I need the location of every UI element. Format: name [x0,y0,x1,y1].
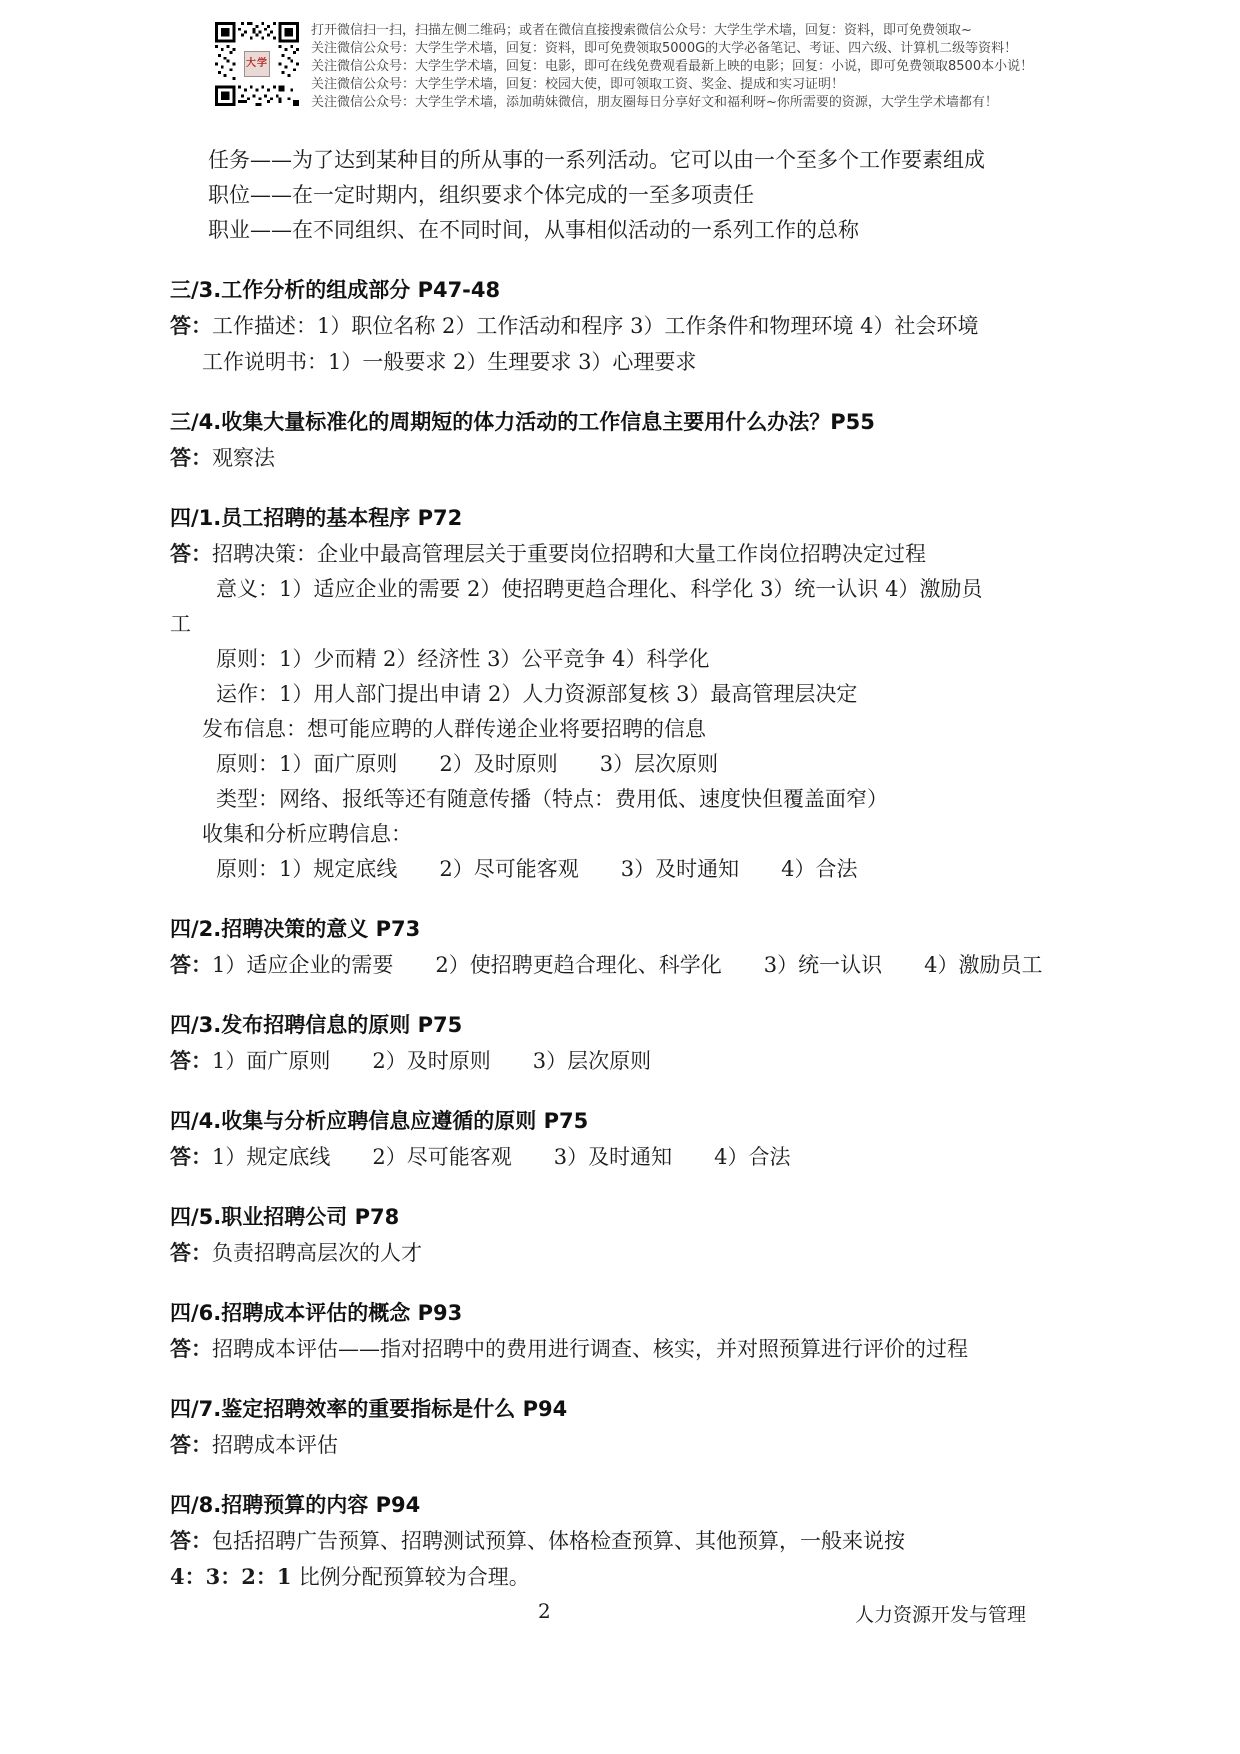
answer-line: 答：负责招聘高层次的人才 [170,1235,1082,1271]
answer-text: 招聘成本评估 [212,1433,338,1457]
answer-line: 答：招聘成本评估 [170,1427,1082,1463]
page-number: 2 [538,1598,551,1624]
answer-text: 原则：1）规定底线 2）尽可能客观 3）及时通知 4）合法 [216,857,857,881]
answer-text: 包括招聘广告预算、招聘测试预算、体格检查预算、其他预算，一般来说按 [212,1529,905,1553]
section-heading: 四/5.职业招聘公司 P78 [170,1200,1082,1235]
answer-line: 意义：1）适应企业的需要 2）使招聘更趋合理化、科学化 3）统一认识 4）激励员 [170,572,1082,607]
answer-label: 答： [170,1240,212,1265]
answer-label: 答： [170,1528,212,1553]
qr-center-logo: 大学 [244,51,270,77]
section-heading: 四/6.招聘成本评估的概念 P93 [170,1296,1082,1331]
promo-text-block: 打开微信扫一扫，扫描左侧二维码；或者在微信直接搜索微信公众号：大学生学术墙，回复… [311,22,1033,112]
answer-line: 收集和分析应聘信息： [170,817,1082,852]
answer-label: 答： [170,1432,212,1457]
qa-section: 四/5.职业招聘公司 P78 答：负责招聘高层次的人才 [170,1200,1082,1271]
qa-section: 四/1.员工招聘的基本程序 P72 答：招聘决策：企业中最高管理层关于重要岗位招… [170,501,1082,887]
answer-text: 比例分配预算较为合理。 [299,1565,530,1589]
answer-label: 答： [170,445,212,470]
section-heading: 四/7.鉴定招聘效率的重要指标是什么 P94 [170,1392,1082,1427]
document-page: 大学 打开微信扫一扫，扫描左侧二维码；或者在微信直接搜索微信公众号：大学生学术墙… [0,0,1240,1754]
answer-label: 答： [170,313,212,338]
definition-line: 任务——为了达到某种目的所从事的一系列活动。它可以由一个至多个工作要素组成 [170,143,1082,178]
qa-section: 四/6.招聘成本评估的概念 P93 答：招聘成本评估——指对招聘中的费用进行调查… [170,1296,1082,1367]
promo-line: 打开微信扫一扫，扫描左侧二维码；或者在微信直接搜索微信公众号：大学生学术墙，回复… [311,22,1033,40]
answer-line: 答：工作描述：1）职位名称 2）工作活动和程序 3）工作条件和物理环境 4）社会… [170,308,1082,344]
definitions-paragraph: 任务——为了达到某种目的所从事的一系列活动。它可以由一个至多个工作要素组成 职位… [170,143,1082,248]
answer-line: 答：观察法 [170,440,1082,476]
qr-code: 大学 [215,22,299,106]
qa-section: 三/3.工作分析的组成部分 P47-48 答：工作描述：1）职位名称 2）工作活… [170,273,1082,380]
answer-text: 原则：1）少而精 2）经济性 3）公平竞争 4）科学化 [216,647,709,671]
answer-text: 招聘决策：企业中最高管理层关于重要岗位招聘和大量工作岗位招聘决定过程 [212,542,926,566]
section-heading: 三/4.收集大量标准化的周期短的体力活动的工作信息主要用什么办法？P55 [170,405,1082,440]
answer-text: 1）规定底线 2）尽可能客观 3）及时通知 4）合法 [212,1145,790,1169]
qa-section: 四/3.发布招聘信息的原则 P75 答：1）面广原则 2）及时原则 3）层次原则 [170,1008,1082,1079]
section-heading: 四/8.招聘预算的内容 P94 [170,1488,1082,1523]
definition-line: 职位——在一定时期内，组织要求个体完成的一至多项责任 [170,178,1082,213]
qa-section: 四/7.鉴定招聘效率的重要指标是什么 P94 答：招聘成本评估 [170,1392,1082,1463]
ratio-label: 4：3：2：1 [170,1564,299,1589]
promo-line: 关注微信公众号：大学生学术墙，回复：校园大使，即可领取工资、奖金、提成和实习证明… [311,76,1033,94]
document-body: 任务——为了达到某种目的所从事的一系列活动。它可以由一个至多个工作要素组成 职位… [170,143,1082,1595]
answer-line: 答：1）面广原则 2）及时原则 3）层次原则 [170,1043,1082,1079]
answer-line: 答：包括招聘广告预算、招聘测试预算、体格检查预算、其他预算，一般来说按 [170,1523,1082,1559]
footer-doc-title: 人力资源开发与管理 [855,1602,1026,1628]
answer-text: 1）适应企业的需要 2）使招聘更趋合理化、科学化 3）统一认识 4）激励员工 [212,953,1042,977]
answer-text: 1）面广原则 2）及时原则 3）层次原则 [212,1049,651,1073]
qa-section: 四/2.招聘决策的意义 P73 答：1）适应企业的需要 2）使招聘更趋合理化、科… [170,912,1082,983]
answer-line: 发布信息：想可能应聘的人群传递企业将要招聘的信息 [170,712,1082,747]
answer-text: 观察法 [212,446,275,470]
answer-text: 负责招聘高层次的人才 [212,1241,422,1265]
qa-section: 三/4.收集大量标准化的周期短的体力活动的工作信息主要用什么办法？P55 答：观… [170,405,1082,476]
answer-label: 答： [170,1048,212,1073]
answer-label: 答： [170,1336,212,1361]
answer-line: 答：招聘成本评估——指对招聘中的费用进行调查、核实，并对照预算进行评价的过程 [170,1331,1082,1367]
answer-line: 答：1）适应企业的需要 2）使招聘更趋合理化、科学化 3）统一认识 4）激励员工 [170,947,1082,983]
definition-line: 职业——在不同组织、在不同时间，从事相似活动的一系列工作的总称 [170,213,1082,248]
answer-label: 答： [170,541,212,566]
answer-line: 工 [170,607,1082,642]
promo-line: 关注微信公众号：大学生学术墙，回复：电影，即可在线免费观看最新上映的电影；回复：… [311,58,1033,76]
answer-text: 原则：1）面广原则 2）及时原则 3）层次原则 [216,752,718,776]
answer-line: 答：1）规定底线 2）尽可能客观 3）及时通知 4）合法 [170,1139,1082,1175]
answer-text: 发布信息：想可能应聘的人群传递企业将要招聘的信息 [202,717,706,741]
answer-label: 答： [170,952,212,977]
answer-text: 意义：1）适应企业的需要 2）使招聘更趋合理化、科学化 3）统一认识 4）激励员 [216,577,982,601]
answer-line: 工作说明书：1）一般要求 2）生理要求 3）心理要求 [170,344,1082,380]
qa-section: 四/8.招聘预算的内容 P94 答：包括招聘广告预算、招聘测试预算、体格检查预算… [170,1488,1082,1595]
answer-text: 收集和分析应聘信息： [202,822,412,846]
answer-line: 4：3：2：1 比例分配预算较为合理。 [170,1559,1082,1595]
answer-line: 运作：1）用人部门提出申请 2）人力资源部复核 3）最高管理层决定 [170,677,1082,712]
answer-label: 答： [170,1144,212,1169]
promo-header: 大学 打开微信扫一扫，扫描左侧二维码；或者在微信直接搜索微信公众号：大学生学术墙… [215,22,1033,112]
promo-line: 关注微信公众号：大学生学术墙，添加萌妹微信，朋友圈每日分享好文和福利呀~你所需要… [311,94,1033,112]
qa-section: 四/4.收集与分析应聘信息应遵循的原则 P75 答：1）规定底线 2）尽可能客观… [170,1104,1082,1175]
answer-text: 工 [170,612,191,636]
answer-text: 运作：1）用人部门提出申请 2）人力资源部复核 3）最高管理层决定 [216,682,857,706]
answer-text: 工作说明书：1）一般要求 2）生理要求 3）心理要求 [202,350,696,374]
answer-line: 答：招聘决策：企业中最高管理层关于重要岗位招聘和大量工作岗位招聘决定过程 [170,536,1082,572]
answer-text: 工作描述：1）职位名称 2）工作活动和程序 3）工作条件和物理环境 4）社会环境 [212,314,978,338]
section-heading: 四/3.发布招聘信息的原则 P75 [170,1008,1082,1043]
section-heading: 四/2.招聘决策的意义 P73 [170,912,1082,947]
answer-line: 原则：1）少而精 2）经济性 3）公平竞争 4）科学化 [170,642,1082,677]
answer-line: 原则：1）面广原则 2）及时原则 3）层次原则 [170,747,1082,782]
answer-text: 招聘成本评估——指对招聘中的费用进行调查、核实，并对照预算进行评价的过程 [212,1337,968,1361]
section-heading: 四/1.员工招聘的基本程序 P72 [170,501,1082,536]
answer-text: 类型：网络、报纸等还有随意传播（特点：费用低、速度快但覆盖面窄） [216,787,888,811]
section-heading: 四/4.收集与分析应聘信息应遵循的原则 P75 [170,1104,1082,1139]
answer-line: 原则：1）规定底线 2）尽可能客观 3）及时通知 4）合法 [170,852,1082,887]
section-heading: 三/3.工作分析的组成部分 P47-48 [170,273,1082,308]
answer-line: 类型：网络、报纸等还有随意传播（特点：费用低、速度快但覆盖面窄） [170,782,1082,817]
promo-line: 关注微信公众号：大学生学术墙，回复：资料，即可免费领取5000G的大学必备笔记、… [311,40,1033,58]
